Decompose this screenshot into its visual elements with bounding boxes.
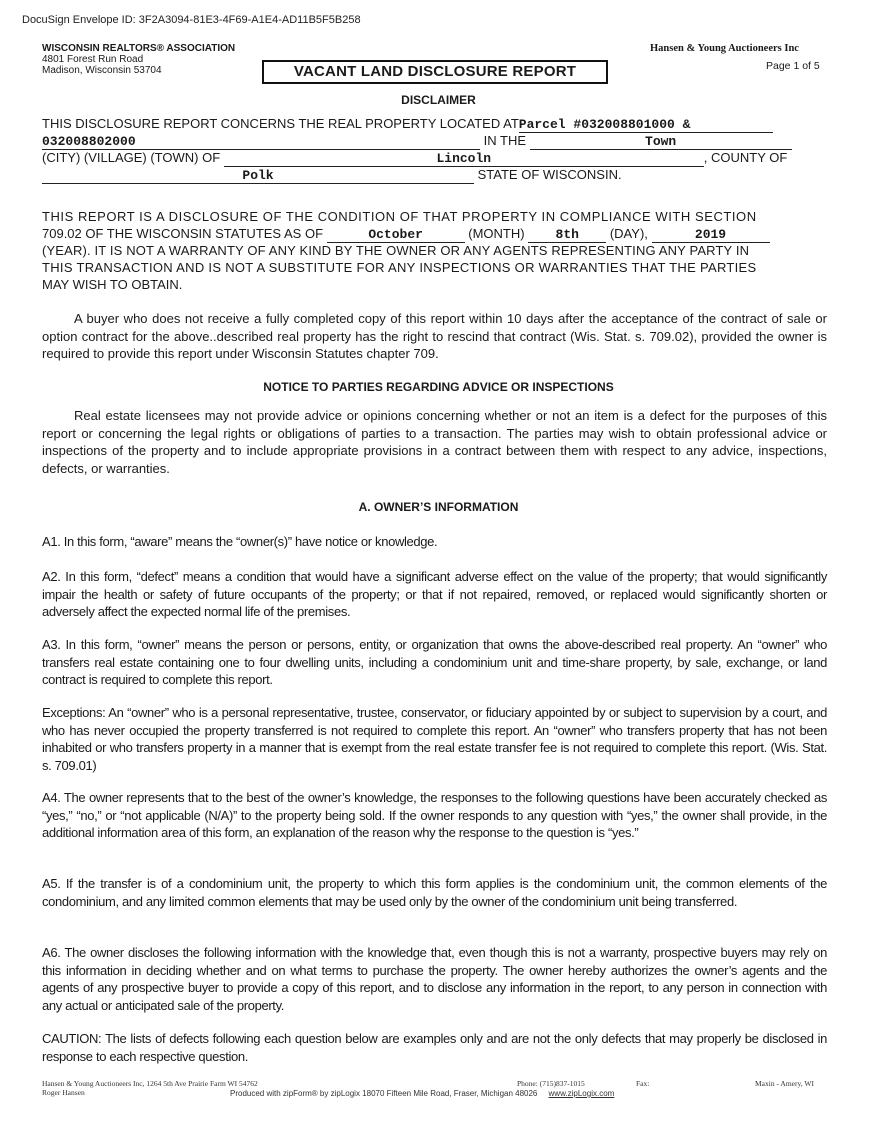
property-location-field-2[interactable]: 032008802000: [42, 134, 480, 150]
in-the-label: IN THE: [484, 133, 526, 148]
organization-name: WISCONSIN REALTORS® ASSOCIATION: [42, 43, 235, 54]
report-statement-line-5: MAY WISH TO OBTAIN.: [42, 276, 827, 293]
owners-information-heading: A. OWNER’S INFORMATION: [0, 500, 877, 514]
county-line: Polk STATE OF WISCONSIN.: [42, 166, 827, 184]
state-label: STATE OF WISCONSIN.: [478, 167, 622, 182]
report-statement-line-4: THIS TRANSACTION AND IS NOT A SUBSTITUTE…: [42, 259, 827, 276]
report-statement-line-3: (YEAR). IT IS NOT A WARRANTY OF ANY KIND…: [42, 242, 827, 259]
month-label: (MONTH): [468, 226, 524, 241]
city-village-town-label: (CITY) (VILLAGE) (TOWN) OF: [42, 150, 220, 165]
item-a6: A6. The owner discloses the following in…: [42, 944, 827, 1014]
address-line-1: 4801 Forest Run Road: [42, 54, 162, 65]
address-line-2: Madison, Wisconsin 53704: [42, 65, 162, 76]
item-exceptions: Exceptions: An “owner” who is a personal…: [42, 704, 827, 774]
footer-produced-with: Produced with zipForm® by zipLogix 18070…: [230, 1089, 614, 1098]
footer-office: Maxin - Amery, WI: [755, 1079, 814, 1088]
broker-name: Hansen & Young Auctioneers Inc: [650, 43, 799, 54]
report-statement-line-2: 709.02 OF THE WISCONSIN STATUTES AS OF O…: [42, 225, 827, 243]
organization-address: 4801 Forest Run Road Madison, Wisconsin …: [42, 54, 162, 76]
footer-fax: Fax:: [636, 1079, 649, 1088]
notice-text: Real estate licensees may not provide ad…: [42, 408, 827, 476]
month-field[interactable]: October: [327, 227, 465, 243]
municipality-type-field[interactable]: Town: [530, 134, 792, 150]
buyer-rescind-text: A buyer who does not receive a fully com…: [42, 311, 827, 361]
municipality-field[interactable]: Lincoln: [224, 151, 704, 167]
county-label: , COUNTY OF: [704, 150, 788, 165]
as-of-label: 709.02 OF THE WISCONSIN STATUTES AS OF: [42, 226, 323, 241]
docusign-envelope-id: DocuSign Envelope ID: 3F2A3094-81E3-4F69…: [22, 14, 361, 26]
day-field[interactable]: 8th: [528, 227, 606, 243]
notice-paragraph: Real estate licensees may not provide ad…: [42, 407, 827, 477]
property-location-line-2: 032008802000 IN THE Town: [42, 132, 827, 150]
footer-broker-info: Hansen & Young Auctioneers Inc, 1264 5th…: [42, 1079, 258, 1097]
page-number: Page 1 of 5: [766, 60, 820, 72]
item-a4: A4. The owner represents that to the bes…: [42, 789, 827, 842]
disclaimer-heading: DISCLAIMER: [0, 93, 877, 107]
property-location-field-1[interactable]: Parcel #032008801000 &: [519, 117, 773, 133]
footer-phone: Phone: (715)837-1015: [517, 1079, 585, 1088]
location-label: THIS DISCLOSURE REPORT CONCERNS THE REAL…: [42, 116, 519, 131]
item-a5: A5. If the transfer is of a condominium …: [42, 875, 827, 910]
notice-heading: NOTICE TO PARTIES REGARDING ADVICE OR IN…: [0, 380, 877, 394]
item-a2: A2. In this form, “defect” means a condi…: [42, 568, 827, 621]
municipality-line: (CITY) (VILLAGE) (TOWN) OF Lincoln, COUN…: [42, 149, 827, 167]
item-a1: A1. In this form, “aware” means the “own…: [42, 533, 827, 551]
report-title: VACANT LAND DISCLOSURE REPORT: [262, 60, 608, 84]
footer-broker-address: Hansen & Young Auctioneers Inc, 1264 5th…: [42, 1079, 258, 1088]
item-caution: CAUTION: The lists of defects following …: [42, 1030, 827, 1065]
produced-with-text: Produced with zipForm® by zipLogix 18070…: [230, 1089, 537, 1098]
footer-agent-name: Roger Hansen: [42, 1088, 258, 1097]
buyer-rescind-paragraph: A buyer who does not receive a fully com…: [42, 310, 827, 363]
property-location-line: THIS DISCLOSURE REPORT CONCERNS THE REAL…: [42, 115, 827, 133]
report-statement-line-1: THIS REPORT IS A DISCLOSURE OF THE CONDI…: [42, 208, 827, 225]
county-field[interactable]: Polk: [42, 168, 474, 184]
item-a3: A3. In this form, “owner” means the pers…: [42, 636, 827, 689]
ziplogix-link[interactable]: www.zipLogix.com: [549, 1089, 615, 1098]
year-field[interactable]: 2019: [652, 227, 770, 243]
day-label: (DAY),: [610, 226, 648, 241]
